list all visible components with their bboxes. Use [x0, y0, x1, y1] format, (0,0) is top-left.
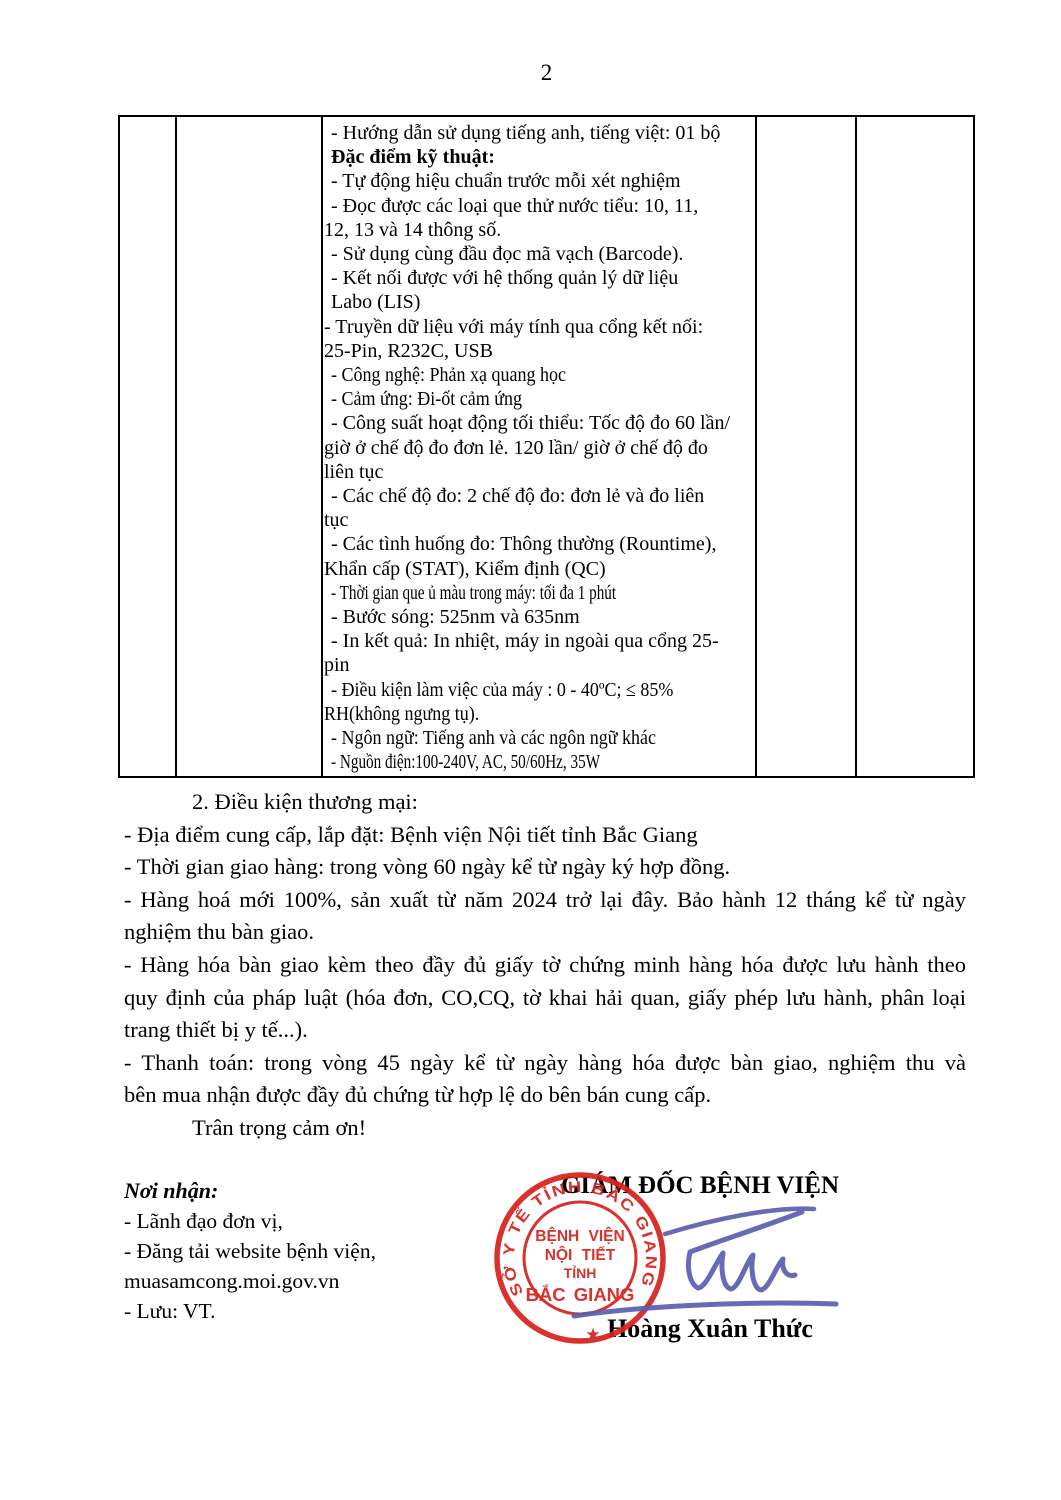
- recipients-title: Nơi nhận:: [124, 1176, 376, 1206]
- spec-line: liên tục: [323, 460, 755, 484]
- table-col-qty: [757, 117, 857, 776]
- spec-line: giờ ở chế độ đo đơn lẻ. 120 lần/ giờ ở c…: [323, 436, 755, 460]
- spec-line: pin: [323, 653, 755, 677]
- spec-line: Khẩn cấp (STAT), Kiểm định (QC): [323, 557, 755, 581]
- spec-line: tục: [323, 508, 755, 532]
- spec-line: - Cảm ứng: Đi-ốt cảm ứng: [323, 387, 755, 411]
- recipient-line: - Đăng tải website bệnh viện,: [124, 1236, 376, 1266]
- recipients-block: Nơi nhận: - Lãnh đạo đơn vị,- Đăng tải w…: [124, 1176, 376, 1326]
- spec-line: - Bước sóng: 525nm và 635nm: [323, 605, 755, 629]
- commercial-line: 2. Điều kiện thương mại:: [124, 786, 966, 819]
- spec-line: 12, 13 và 14 thông số.: [323, 218, 755, 242]
- spec-line: - Sử dụng cùng đầu đọc mã vạch (Barcode)…: [323, 242, 755, 266]
- spec-line: - Thời gian que ủ màu trong máy: tối đa …: [323, 581, 755, 605]
- table-col-note: [857, 117, 973, 776]
- commercial-line: bên mua nhận được đầy đủ chứng từ hợp lệ…: [124, 1079, 966, 1112]
- page-number: 2: [118, 60, 975, 86]
- commercial-line: - Hàng hóa bàn giao kèm theo đầy đủ giấy…: [124, 949, 966, 982]
- commercial-line: nghiệm thu bàn giao.: [124, 916, 966, 949]
- spec-line: - Kết nối được với hệ thống quản lý dữ l…: [323, 266, 755, 290]
- recipients-list: - Lãnh đạo đơn vị,- Đăng tải website bện…: [124, 1206, 376, 1326]
- commercial-line: quy định của pháp luật (hóa đơn, CO,CQ, …: [124, 982, 966, 1015]
- spec-line: - Ngôn ngữ: Tiếng anh và các ngôn ngữ kh…: [323, 726, 755, 750]
- specifications-table: - Hướng dẫn sử dụng tiếng anh, tiếng việ…: [118, 115, 975, 778]
- commercial-conditions-section: 2. Điều kiện thương mại:- Địa điểm cung …: [124, 786, 966, 1145]
- spec-line: RH(không ngưng tụ).: [323, 702, 755, 726]
- spec-line: - Các tình huống đo: Thông thường (Rount…: [323, 532, 755, 556]
- spec-cell: - Hướng dẫn sử dụng tiếng anh, tiếng việ…: [323, 117, 755, 774]
- spec-line: - Công nghệ: Phản xạ quang học: [323, 363, 755, 387]
- table-col-index: [120, 117, 177, 776]
- commercial-line: - Thanh toán: trong vòng 45 ngày kể từ n…: [124, 1047, 966, 1080]
- commercial-line: - Thời gian giao hàng: trong vòng 60 ngà…: [124, 851, 966, 884]
- recipient-line: - Lãnh đạo đơn vị,: [124, 1206, 376, 1236]
- commercial-line: - Địa điểm cung cấp, lắp đặt: Bệnh viện …: [124, 819, 966, 852]
- director-signature: [540, 1192, 860, 1332]
- commercial-line: trang thiết bị y tế...).: [124, 1014, 966, 1047]
- table-col-specs: - Hướng dẫn sử dụng tiếng anh, tiếng việ…: [323, 117, 757, 776]
- spec-line: Labo (LIS): [323, 290, 755, 314]
- spec-line: - Đọc được các loại que thử nước tiểu: 1…: [323, 194, 755, 218]
- table-col-item: [177, 117, 323, 776]
- spec-line: - Các chế độ đo: 2 chế độ đo: đơn lẻ và …: [323, 484, 755, 508]
- recipient-line: - Lưu: VT.: [124, 1296, 376, 1326]
- spec-line: - In kết quả: In nhiệt, máy in ngoài qua…: [323, 629, 755, 653]
- spec-line: - Truyền dữ liệu với máy tính qua cổng k…: [323, 315, 755, 339]
- spec-line: - Điều kiện làm việc của máy : 0 - 40ºC;…: [323, 678, 755, 702]
- commercial-line: Trân trọng cảm ơn!: [124, 1112, 966, 1145]
- recipient-line: muasamcong.moi.gov.vn: [124, 1266, 376, 1296]
- signature-top-stroke: [665, 1209, 814, 1234]
- commercial-line: - Hàng hoá mới 100%, sản xuất từ năm 202…: [124, 884, 966, 917]
- spec-line: 25-Pin, R232C, USB: [323, 339, 755, 363]
- spec-line: - Nguồn điện:100-240V, AC, 50/60Hz, 35W: [323, 750, 755, 774]
- spec-line: - Tự động hiệu chuẩn trước mỗi xét nghiệ…: [323, 169, 755, 193]
- signature-underline: [574, 1303, 836, 1316]
- spec-line: - Công suất hoạt động tối thiểu: Tốc độ …: [323, 411, 755, 435]
- spec-line: - Hướng dẫn sử dụng tiếng anh, tiếng việ…: [323, 121, 755, 145]
- spec-line: Đặc điểm kỹ thuật:: [323, 145, 755, 169]
